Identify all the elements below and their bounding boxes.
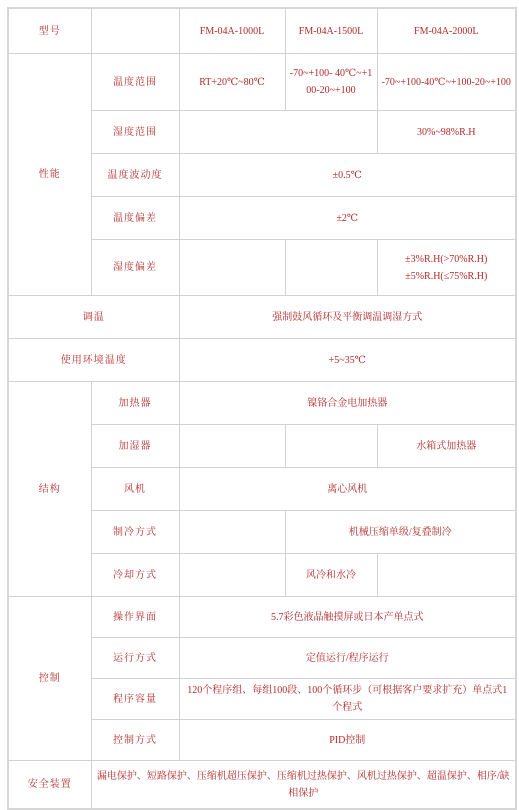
label-ambient-temp: 使用环境温度 bbox=[8, 339, 179, 382]
temp-deviation-value: ±2℃ bbox=[179, 197, 516, 240]
label-program-capacity: 程序容量 bbox=[91, 679, 179, 720]
label-humidity-deviation: 湿度偏差 bbox=[91, 240, 179, 296]
temp-control-value: 强制鼓风循环及平衡调温调湿方式 bbox=[179, 296, 516, 339]
label-temp-fluctuation: 温度波动度 bbox=[91, 154, 179, 197]
label-control-mode: 控制方式 bbox=[91, 720, 179, 761]
temp-range-1000l: RT+20℃~80℃ bbox=[179, 54, 285, 111]
empty-cell bbox=[285, 240, 377, 296]
empty-cell bbox=[377, 554, 516, 597]
label-heater: 加热器 bbox=[91, 382, 179, 425]
empty-cell bbox=[179, 554, 285, 597]
row-ambient-temp: 使用环境温度 +5~35℃ bbox=[8, 339, 516, 382]
empty-cell bbox=[179, 511, 285, 554]
empty-cell bbox=[285, 425, 377, 468]
row-heater: 结构 加热器 镍铬合金电加热器 bbox=[8, 382, 516, 425]
section-label-structure: 结构 bbox=[8, 382, 91, 597]
label-humidity-range: 湿度范围 bbox=[91, 111, 179, 154]
label-temp-range: 温度范围 bbox=[91, 54, 179, 111]
humidity-deviation-2000l: ±3%R.H(>70%R.H) ±5%R.H(≤75%R.H) bbox=[377, 240, 516, 296]
temp-fluctuation-value: ±0.5℃ bbox=[179, 154, 516, 197]
label-humidifier: 加湿器 bbox=[91, 425, 179, 468]
model-1000l: FM-04A-1000L bbox=[179, 8, 285, 54]
label-run-mode: 运行方式 bbox=[91, 638, 179, 679]
empty-cell bbox=[179, 425, 285, 468]
control-mode-value: PID控制 bbox=[179, 720, 516, 761]
program-capacity-value: 120个程序组、每组100段、100个循环步（可根据客户要求扩充）单点式1个程式 bbox=[179, 679, 516, 720]
section-label-performance: 性能 bbox=[8, 54, 91, 296]
model-1500l: FM-04A-1500L bbox=[285, 8, 377, 54]
section-label-control: 控制 bbox=[8, 597, 91, 761]
humidity-range-2000l: 30%~98%R.H bbox=[377, 111, 516, 154]
row-interface: 控制 操作界面 5.7彩色液晶触摸屏或日本产单点式 bbox=[8, 597, 516, 638]
empty-cell bbox=[91, 8, 179, 54]
label-cooling: 冷却方式 bbox=[91, 554, 179, 597]
row-temp-range: 性能 温度范围 RT+20℃~80℃ -70~+100- 40℃~+100-20… bbox=[8, 54, 516, 111]
label-temp-control: 调温 bbox=[8, 296, 179, 339]
label-temp-deviation: 温度偏差 bbox=[91, 197, 179, 240]
interface-value: 5.7彩色液晶触摸屏或日本产单点式 bbox=[179, 597, 516, 638]
row-model: 型号 FM-04A-1000L FM-04A-1500L FM-04A-2000… bbox=[8, 8, 516, 54]
refrigeration-value: 机械压缩单级/复叠制冷 bbox=[285, 511, 516, 554]
empty-cell bbox=[179, 111, 377, 154]
temp-range-1500l: -70~+100- 40℃~+100-20~+100 bbox=[285, 54, 377, 111]
spec-page: 型号 FM-04A-1000L FM-04A-1500L FM-04A-2000… bbox=[0, 0, 519, 802]
model-row-label: 型号 bbox=[8, 8, 91, 54]
label-interface: 操作界面 bbox=[91, 597, 179, 638]
cooling-1500l: 风冷和水冷 bbox=[285, 554, 377, 597]
humidifier-2000l: 水箱式加热器 bbox=[377, 425, 516, 468]
label-fan: 风机 bbox=[91, 468, 179, 511]
heater-value: 镍铬合金电加热器 bbox=[179, 382, 516, 425]
ambient-temp-value: +5~35℃ bbox=[179, 339, 516, 382]
run-mode-value: 定值运行/程序运行 bbox=[179, 638, 516, 679]
label-refrigeration: 制冷方式 bbox=[91, 511, 179, 554]
temp-range-2000l: -70~+100-40℃~+100-20~+100 bbox=[377, 54, 516, 111]
row-temp-control: 调温 强制鼓风循环及平衡调温调湿方式 bbox=[8, 296, 516, 339]
model-2000l: FM-04A-2000L bbox=[377, 8, 516, 54]
empty-cell bbox=[179, 240, 285, 296]
spec-table: 型号 FM-04A-1000L FM-04A-1500L FM-04A-2000… bbox=[7, 7, 517, 810]
fan-value: 离心风机 bbox=[179, 468, 516, 511]
